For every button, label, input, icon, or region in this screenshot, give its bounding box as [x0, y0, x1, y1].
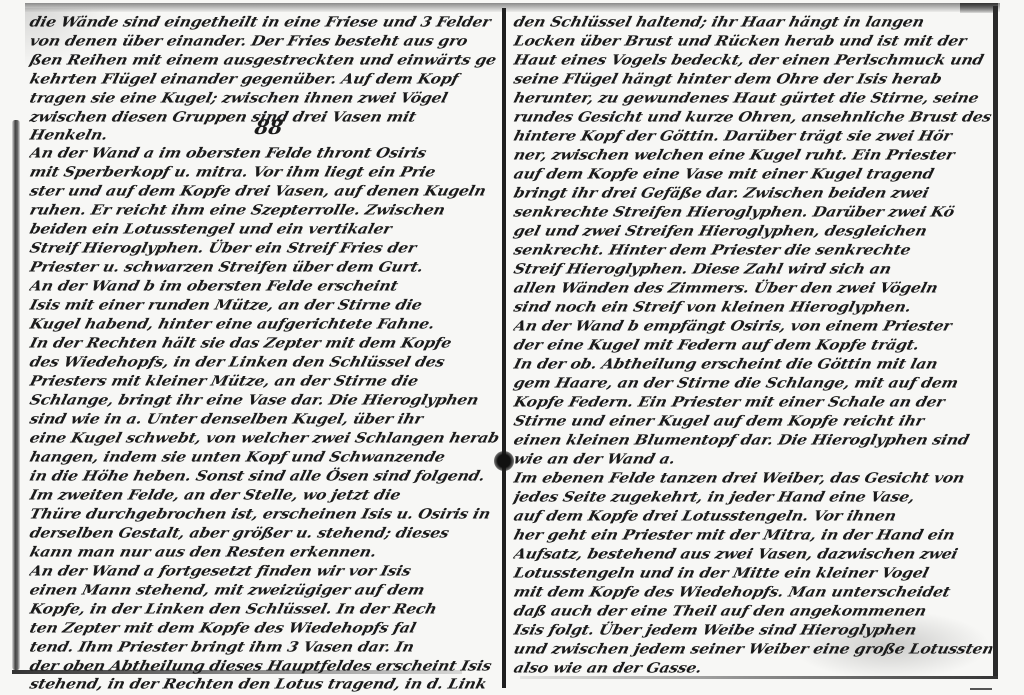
left-line: An der Wand a im obersten Felde thront O…: [28, 144, 502, 162]
binding-spine-line: [502, 8, 506, 688]
left-line: kehrten Flügel einander gegenüber. Auf d…: [28, 70, 502, 88]
right-line: herunter, zu gewundenes Haut gürtet die …: [512, 89, 994, 107]
right-line: senkrechte Streifen Hieroglyphen. Darübe…: [512, 203, 994, 221]
right-line: Im ebenen Felde tanzen drei Weiber, das …: [512, 469, 994, 487]
left-line: In der Rechten hält sie das Zepter mit d…: [28, 334, 502, 352]
right-line: bringt ihr drei Gefäße dar. Zwischen bei…: [512, 184, 994, 202]
right-line: auf dem Kopfe eine Vase mit einer Kugel …: [512, 165, 994, 183]
right-line: einen kleinen Blumentopf dar. Die Hierog…: [512, 431, 994, 449]
right-line: jedes Seite zugekehrt, in jeder Hand ein…: [512, 488, 994, 506]
right-line: Stirne und einer Kugel auf dem Kopfe rei…: [512, 412, 994, 430]
right-line: der eine Kugel mit Federn auf dem Kopfe …: [512, 336, 994, 354]
right-line: und zwischen jedem seiner Weiber eine gr…: [512, 640, 994, 658]
left-line: ten Zepter mit dem Kopfe des Wiedehopfs …: [28, 619, 502, 637]
left-line: Streif Hieroglyphen. Über ein Streif Fri…: [28, 239, 502, 257]
left-line: Thüre durchgebrochen ist, erscheinen Isi…: [28, 505, 502, 523]
right-line: Haut eines Vogels bedeckt, der einen Per…: [512, 51, 994, 69]
right-line: mit dem Kopfe des Wiedehopfs. Man unters…: [512, 583, 994, 601]
right-line: also wie an der Gasse.: [512, 659, 994, 677]
right-line: ner, zwischen welchen eine Kugel ruht. E…: [512, 146, 994, 164]
left-line: die Wände sind eingetheilt in eine Fries…: [28, 13, 502, 31]
left-line: Im zweiten Felde, an der Stelle, wo jetz…: [28, 486, 502, 504]
left-line: ster und auf dem Kopfe drei Vasen, auf d…: [28, 182, 502, 200]
right-line: Streif Hieroglyphen. Diese Zahl wird sic…: [512, 260, 994, 278]
right-line: Isis folgt. Über jedem Weibe sind Hierog…: [512, 621, 994, 639]
left-line: eine Kugel schwebt, von welcher zwei Sch…: [28, 429, 502, 447]
left-line: An der Wand b im obersten Felde erschein…: [28, 277, 502, 295]
right-line: Locken über Brust und Rücken herab und i…: [512, 32, 994, 50]
bottom-right-mark: [970, 688, 992, 690]
left-line: von denen über einander. Der Fries beste…: [28, 32, 502, 50]
left-line: des Wiedehopfs, in der Linken den Schlüs…: [28, 353, 502, 371]
left-line: tragen sie eine Kugel; zwischen ihnen zw…: [28, 89, 502, 107]
left-line: beiden ein Lotusstengel und ein vertikal…: [28, 220, 502, 238]
right-line: hintere Kopf der Göttin. Darüber trägt s…: [512, 127, 994, 145]
left-line: der oben Abtheilung dieses Hauptfeldes e…: [28, 657, 502, 675]
left-page-edge: [12, 120, 20, 670]
left-line: Priester u. schwarzen Streifen über dem …: [28, 258, 502, 276]
right-line: wie an der Wand a.: [512, 450, 994, 468]
right-line: gem Haare, an der Stirne die Schlange, m…: [512, 374, 994, 392]
right-line: An der Wand b empfängt Osiris, von einem…: [512, 317, 994, 335]
right-line: allen Wänden des Zimmers. Über den zwei …: [512, 279, 994, 297]
left-line: Priesters mit kleiner Mütze, an der Stir…: [28, 372, 502, 390]
left-line: sind wie in a. Unter denselben Kugel, üb…: [28, 410, 502, 428]
left-line: einen Mann stehend, mit zweizügiger auf …: [28, 581, 502, 599]
left-line: Kugel habend, hinter eine aufgerichtete …: [28, 315, 502, 333]
left-line: derselben Gestalt, aber größer u. stehen…: [28, 524, 502, 542]
right-line: Kopfe Federn. Ein Priester mit einer Sch…: [512, 393, 994, 411]
left-line: kann man nur aus den Resten erkennen.: [28, 543, 502, 561]
top-edge-shadow: [25, 3, 1000, 12]
right-line: gel und zwei Streifen Hieroglyphen, desg…: [512, 222, 994, 240]
manuscript-scan: die Wände sind eingetheilt in eine Fries…: [0, 0, 1024, 695]
right-line: auf dem Kopfe drei Lotusstengeln. Vor ih…: [512, 507, 994, 525]
right-line: senkrecht. Hinter dem Priester die senkr…: [512, 241, 994, 259]
right-line: Aufsatz, bestehend aus zwei Vasen, dazwi…: [512, 545, 994, 563]
right-line: den Schlüssel haltend; ihr Haar hängt in…: [512, 13, 994, 31]
right-line: sind noch ein Streif von kleinen Hierogl…: [512, 298, 994, 316]
left-line: ßen Reihen mit einem ausgestreckten und …: [28, 51, 502, 69]
left-line: Kopfe, in der Linken den Schlüssel. In d…: [28, 600, 502, 618]
right-page-edge: [993, 6, 998, 676]
right-line: rundes Gesicht und kurze Ohren, ansehnli…: [512, 108, 994, 126]
right-line: In der ob. Abtheilung erscheint die Gött…: [512, 355, 994, 373]
right-line: her geht ein Priester mit der Mitra, in …: [512, 526, 994, 544]
left-line: hangen, indem sie unten Kopf und Schwanz…: [28, 448, 502, 466]
left-line: Schlange, bringt ihr eine Vase dar. Die …: [28, 391, 502, 409]
left-line: mit Sperberkopf u. mitra. Vor ihm liegt …: [28, 163, 502, 181]
left-line: stehend, in der Rechten den Lotus tragen…: [28, 675, 502, 693]
left-line: tend. Ihm Priester bringt ihm 3 Vasen da…: [28, 638, 502, 656]
right-line: seine Flügel hängt hinter dem Ohre der I…: [512, 70, 994, 88]
left-line: Isis mit einer runden Mütze, an der Stir…: [28, 296, 502, 314]
left-line: ruhen. Er reicht ihm eine Szepterrolle. …: [28, 201, 502, 219]
right-line: Lotusstengeln und in der Mitte ein klein…: [512, 564, 994, 582]
left-line: in die Höhe heben. Sonst sind alle Ösen …: [28, 467, 502, 485]
page-number: 88: [253, 115, 285, 139]
right-line: daß auch der eine Theil auf den angekomm…: [512, 602, 994, 620]
left-line: An der Wand a fortgesetzt finden wir vor…: [28, 562, 502, 580]
